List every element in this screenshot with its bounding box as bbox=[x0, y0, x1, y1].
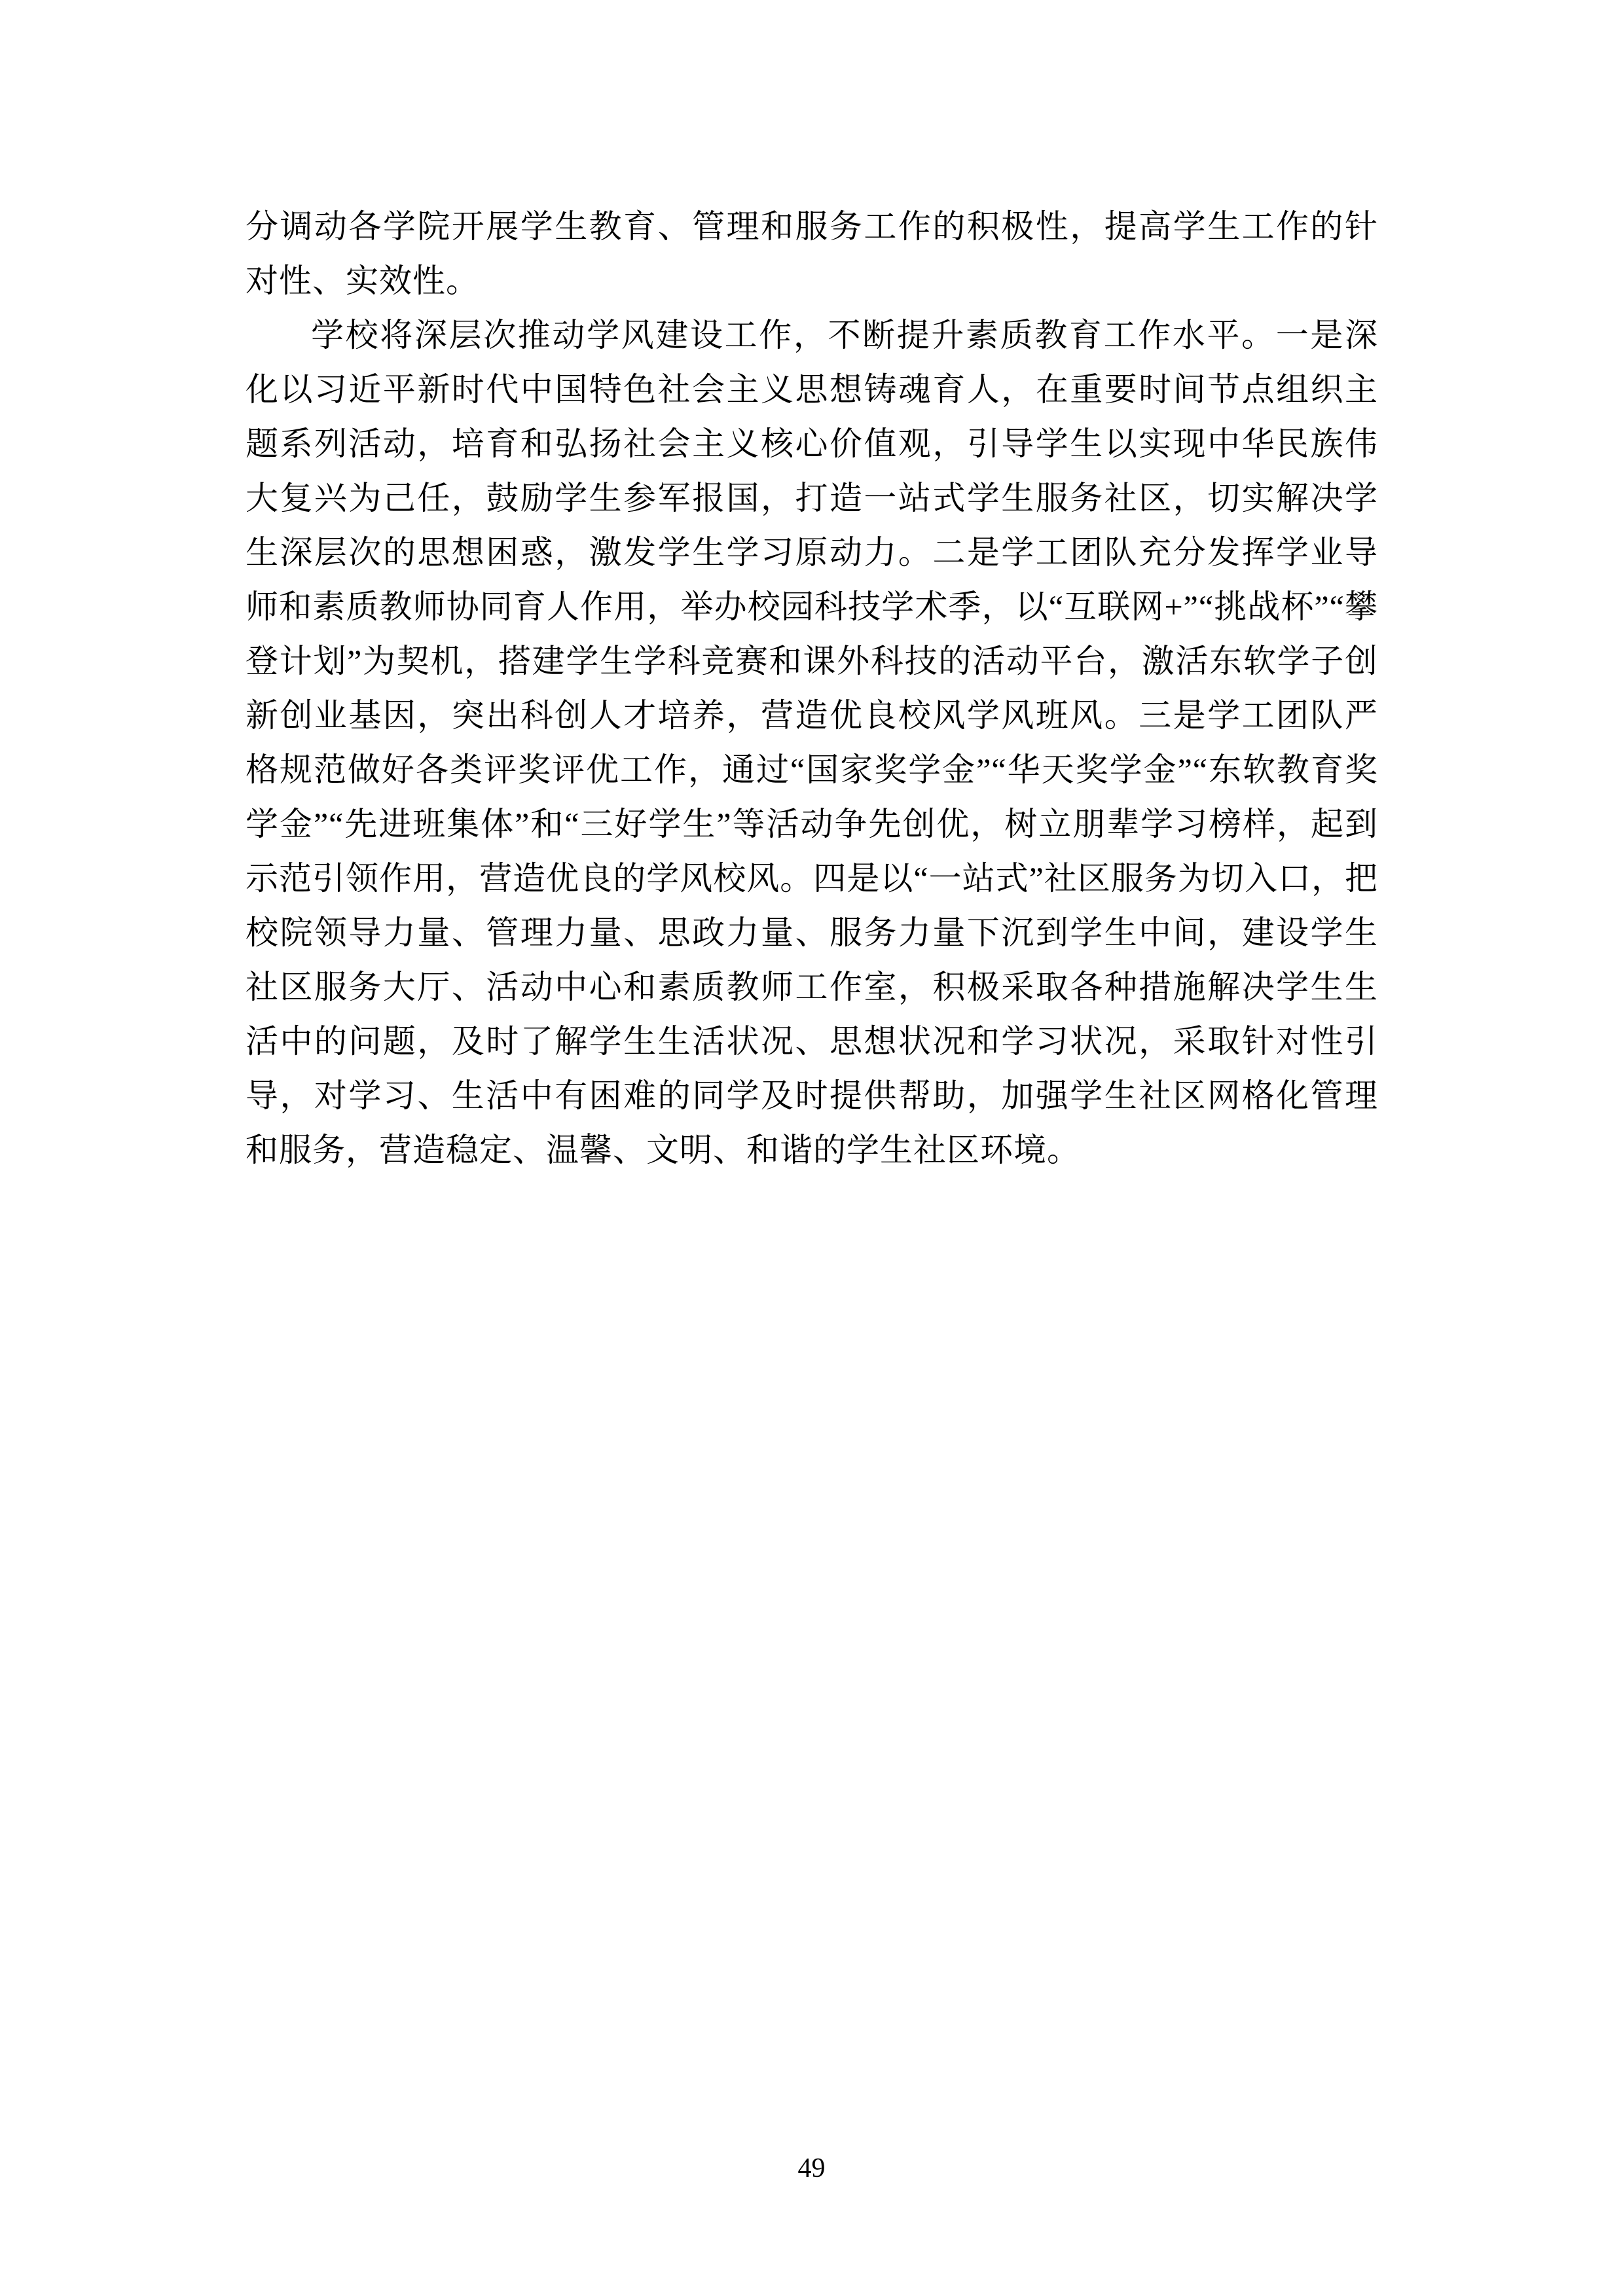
document-body-text: 分调动各学院开展学生教育、管理和服务工作的积极性，提高学生工作的针对性、实效性。… bbox=[246, 200, 1378, 1177]
paragraph-continuation: 分调动各学院开展学生教育、管理和服务工作的积极性，提高学生工作的针对性、实效性。 bbox=[246, 200, 1378, 308]
page-number: 49 bbox=[798, 2153, 826, 2183]
document-page: 分调动各学院开展学生教育、管理和服务工作的积极性，提高学生工作的针对性、实效性。… bbox=[0, 0, 1623, 2296]
page-footer: 49 bbox=[0, 2155, 1623, 2182]
paragraph-main: 学校将深层次推动学风建设工作，不断提升素质教育工作水平。一是深化以习近平新时代中… bbox=[246, 308, 1378, 1177]
